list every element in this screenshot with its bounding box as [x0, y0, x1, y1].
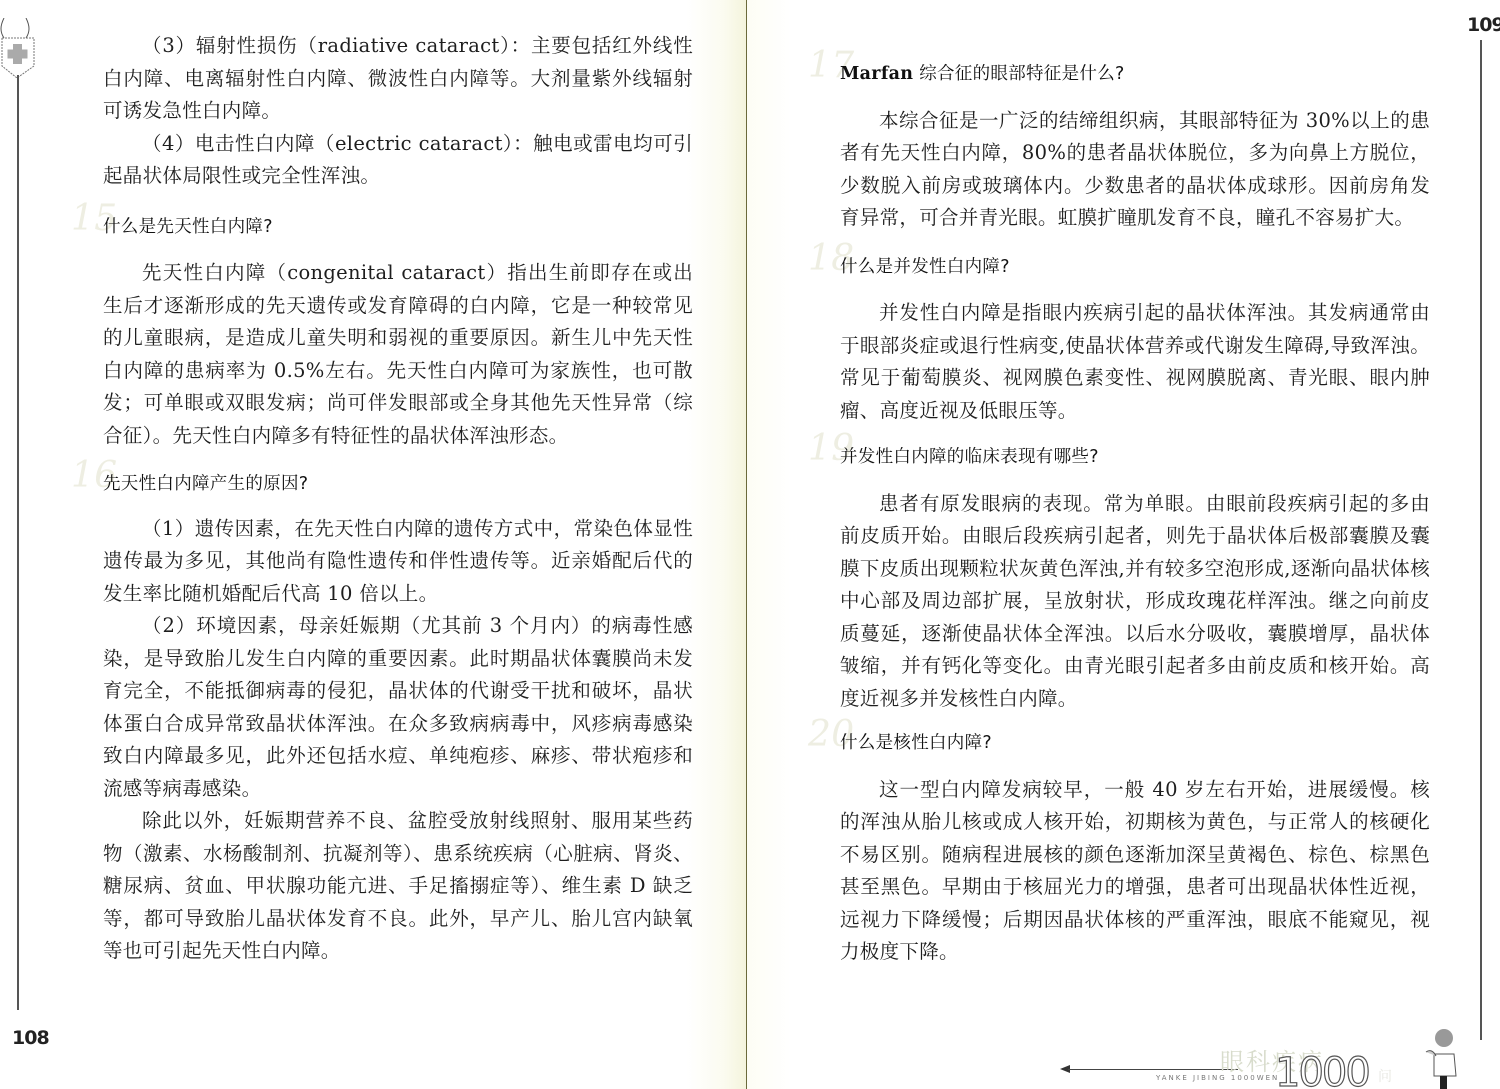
heading-text: 什么是并发性白内障? [840, 257, 1010, 277]
right-page-text: 17 Marfan 综合征的眼部特征是什么? 本综合征是一广泛的结缔组织病，其眼… [840, 58, 1430, 969]
section-heading: 19 并发性白内障的临床表现有哪些? [840, 441, 1430, 474]
paragraph: （2）环境因素，母亲妊娠期（尤其前 3 个月内）的病毒性感染，是导致胎儿发生白内… [103, 610, 693, 805]
paragraph: （1）遗传因素，在先天性白内障的遗传方式中，常染色体显性遗传最为多见，其他尚有隐… [103, 513, 693, 611]
paragraph: （3）辐射性损伤（radiative cataract）：主要包括红外线性白内障… [103, 30, 693, 128]
page-number-right: 109 [1467, 14, 1500, 36]
section-heading: 16 先天性白内障产生的原因? [103, 468, 693, 501]
medical-cross-badge-icon [0, 18, 36, 78]
section-heading: 15 什么是先天性白内障? [103, 211, 693, 244]
paragraph: （4）电击性白内障（electric cataract）：触电或雷电均可引起晶状… [103, 128, 693, 193]
doctor-illustration-icon [1420, 1010, 1466, 1089]
book-spine [746, 0, 747, 1089]
heading-text: 综合征的眼部特征是什么? [913, 64, 1124, 84]
section-heading: 18 什么是并发性白内障? [840, 251, 1430, 284]
footer-romanization: YANKE JIBING 1000WEN [1156, 1074, 1279, 1082]
paragraph: 先天性白内障（congenital cataract）指出生前即存在或出生后才逐… [103, 257, 693, 452]
page-number-left: 108 [12, 1027, 49, 1049]
heading-prefix: Marfan [840, 64, 913, 84]
left-page-text: （3）辐射性损伤（radiative cataract）：主要包括红外线性白内障… [103, 30, 693, 968]
paragraph: 这一型白内障发病较早，一般 40 岁左右开始，进展缓慢。核的浑浊从胎儿核或成人核… [840, 774, 1430, 969]
heading-text: 什么是核性白内障? [840, 733, 992, 753]
footer-number: 1000 [1275, 1050, 1369, 1089]
heading-text: 并发性白内障的临床表现有哪些? [840, 447, 1099, 467]
section-heading: 17 Marfan 综合征的眼部特征是什么? [840, 58, 1430, 91]
footer-arrow-line [1068, 1069, 1238, 1070]
heading-text: 先天性白内障产生的原因? [103, 474, 308, 494]
paragraph: 除此以外，妊娠期营养不良、盆腔受放射线照射、服用某些药物（激素、水杨酸制剂、抗凝… [103, 805, 693, 968]
left-margin-rule [17, 75, 19, 1010]
book-footer: 眼科疾病 YANKE JIBING 1000WEN 1000 问 [1060, 1040, 1430, 1089]
right-margin-rule [1480, 40, 1482, 1040]
paragraph: 并发性白内障是指眼内疾病引起的晶状体浑浊。其发病通常由于眼部炎症或退行性病变,使… [840, 297, 1430, 427]
paragraph: 本综合征是一广泛的结缔组织病，其眼部特征为 30%以上的患者有先天性白内障，80… [840, 105, 1430, 235]
heading-text: 什么是先天性白内障? [103, 217, 273, 237]
section-heading: 20 什么是核性白内障? [840, 727, 1430, 760]
paragraph: 患者有原发眼病的表现。常为单眼。由眼前段疾病引起的多由前皮质开始。由眼后段疾病引… [840, 488, 1430, 716]
footer-suffix: 问 [1378, 1066, 1392, 1086]
